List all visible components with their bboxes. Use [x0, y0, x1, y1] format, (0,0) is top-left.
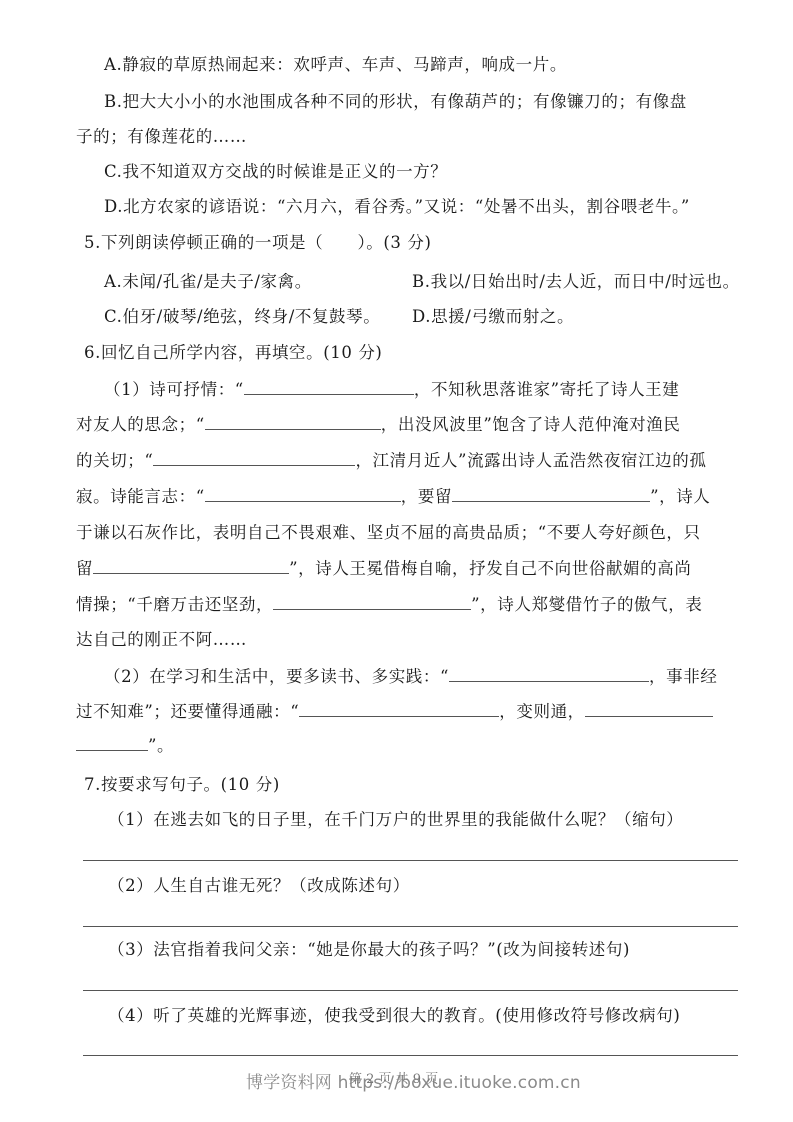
q7-item-4: （4）听了英雄的光辉事迹，使我受到很大的教育。(使用修改符号修改病句): [108, 1005, 680, 1027]
q6-p2-line2: 过不知难”；还要懂得通融：“，变则通，: [76, 701, 713, 723]
answer-line-1[interactable]: [83, 860, 738, 861]
fill-blank[interactable]: [244, 380, 414, 395]
page-number: 第 2 页 共 9 页: [349, 1068, 438, 1087]
q6-p1-l1-text-b: ，不知秋思落谁家”寄托了诗人王建: [414, 380, 680, 399]
q6-p1-line6: 留”，诗人王冕借梅自喻，抒发自己不向世俗献媚的高尚: [76, 558, 691, 580]
q6-p2-l2-text-b: ，变则通，: [499, 702, 585, 721]
fill-blank[interactable]: [153, 451, 355, 466]
q7-item-2: （2）人生自古谁无死？（改成陈述句）: [108, 875, 410, 897]
fill-blank[interactable]: [205, 415, 381, 430]
q6-p1-l7-text-a: 情操；“千磨万击还坚劲，: [76, 595, 273, 614]
answer-line-4[interactable]: [83, 1055, 738, 1056]
q6-p1-l4-text-b: ，要留: [401, 487, 452, 506]
q5-option-b: B.我以/日始出时/去人近，而日中/时远也。: [412, 271, 740, 293]
q6-p1-line2: 对友人的思念；“，出没风波里”饱含了诗人范仲淹对渔民: [76, 414, 681, 436]
q6-p2-l1-text-b: ，事非经: [649, 667, 717, 686]
q4-option-b-line1: B.把大大小小的水池围成各种不同的形状，有像葫芦的；有像镰刀的；有像盘: [104, 91, 687, 113]
q6-p2-line1: （2）在学习和生活中，要多读书、多实践：“，事非经: [104, 666, 717, 688]
q6-p1-l4-text-c: ”，诗人: [650, 487, 710, 506]
q6-p1-line8: 达自己的刚正不阿……: [76, 629, 247, 651]
q4-option-b-line2: 子的；有像莲花的……: [76, 126, 247, 148]
fill-blank[interactable]: [93, 559, 289, 574]
q5-option-c: C.伯牙/破琴/绝弦，终身/不复鼓琴。: [104, 306, 380, 328]
q6-p1-l2-text-b: ，出没风波里”饱含了诗人范仲淹对渔民: [381, 415, 681, 434]
q6-p1-l4-text-a: 寂。诗能言志：“: [76, 487, 205, 506]
q5-title: 5.下列朗读停顿正确的一项是（ ）。(3 分): [84, 232, 432, 254]
q6-p1-l2-text-a: 对友人的思念；“: [76, 415, 205, 434]
q6-p2-l1-text-a: （2）在学习和生活中，要多读书、多实践：“: [104, 667, 449, 686]
q6-p1-l3-text-b: ，江清月近人”流露出诗人孟浩然夜宿江边的孤: [355, 451, 706, 470]
q6-p1-line3: 的关切；“，江清月近人”流露出诗人孟浩然夜宿江边的孤: [76, 450, 706, 472]
fill-blank[interactable]: [452, 487, 650, 502]
q4-option-c: C.我不知道双方交战的时候谁是正义的一方？: [104, 161, 447, 183]
q7-item-1: （1）在逃去如飞的日子里，在千门万户的世界里的我能做什么呢？（缩句）: [108, 809, 683, 831]
fill-blank[interactable]: [299, 702, 499, 717]
q6-title: 6.回忆自己所学内容，再填空。(10 分): [84, 342, 382, 364]
answer-line-2[interactable]: [83, 926, 738, 927]
q5-option-d: D.思援/弓缴而射之。: [412, 306, 574, 328]
fill-blank[interactable]: [205, 487, 401, 502]
q6-p1-l6-text-b: ”，诗人王冕借梅自喻，抒发自己不向世俗献媚的高尚: [289, 559, 691, 578]
fill-blank[interactable]: [449, 667, 649, 682]
answer-line-3[interactable]: [83, 990, 738, 991]
q6-p1-line4: 寂。诗能言志：“，要留”，诗人: [76, 486, 710, 508]
fill-blank[interactable]: [273, 595, 471, 610]
q6-p1-l7-text-b: ”，诗人郑燮借竹子的傲气，表: [471, 595, 702, 614]
q6-p2-line3: ”。: [76, 735, 174, 757]
q5-option-a: A.未闻/孔雀/是夫子/家禽。: [104, 271, 312, 293]
q4-option-d: D.北方农家的谚语说：“六月六，看谷秀。”又说：“处暑不出头，割谷喂老牛。”: [104, 196, 690, 218]
q6-p1-line1: （1）诗可抒情：“，不知秋思落谁家”寄托了诗人王建: [104, 379, 679, 401]
q6-p1-l6-text-a: 留: [76, 559, 93, 578]
q4-option-a: A.静寂的草原热闹起来：欢呼声、车声、马蹄声，响成一片。: [104, 54, 567, 76]
q7-title: 7.按要求写句子。(10 分): [84, 774, 280, 796]
q6-p2-l3-text-b: ”。: [148, 736, 174, 755]
fill-blank[interactable]: [585, 702, 713, 717]
q6-p1-l1-text-a: （1）诗可抒情：“: [104, 380, 244, 399]
q7-item-3: （3）法官指着我问父亲：“她是你最大的孩子吗？”(改为间接转述句): [108, 939, 630, 961]
q6-p2-l2-text-a: 过不知难”；还要懂得通融：“: [76, 702, 299, 721]
q6-p1-line7: 情操；“千磨万击还坚劲，”，诗人郑燮借竹子的傲气，表: [76, 594, 702, 616]
q6-p1-l3-text-a: 的关切；“: [76, 451, 153, 470]
fill-blank[interactable]: [76, 736, 148, 751]
q6-p1-line5: 于谦以石灰作比，表明自己不畏艰难、坚贞不屈的高贵品质；“不要人夸好颜色，只: [76, 522, 701, 544]
